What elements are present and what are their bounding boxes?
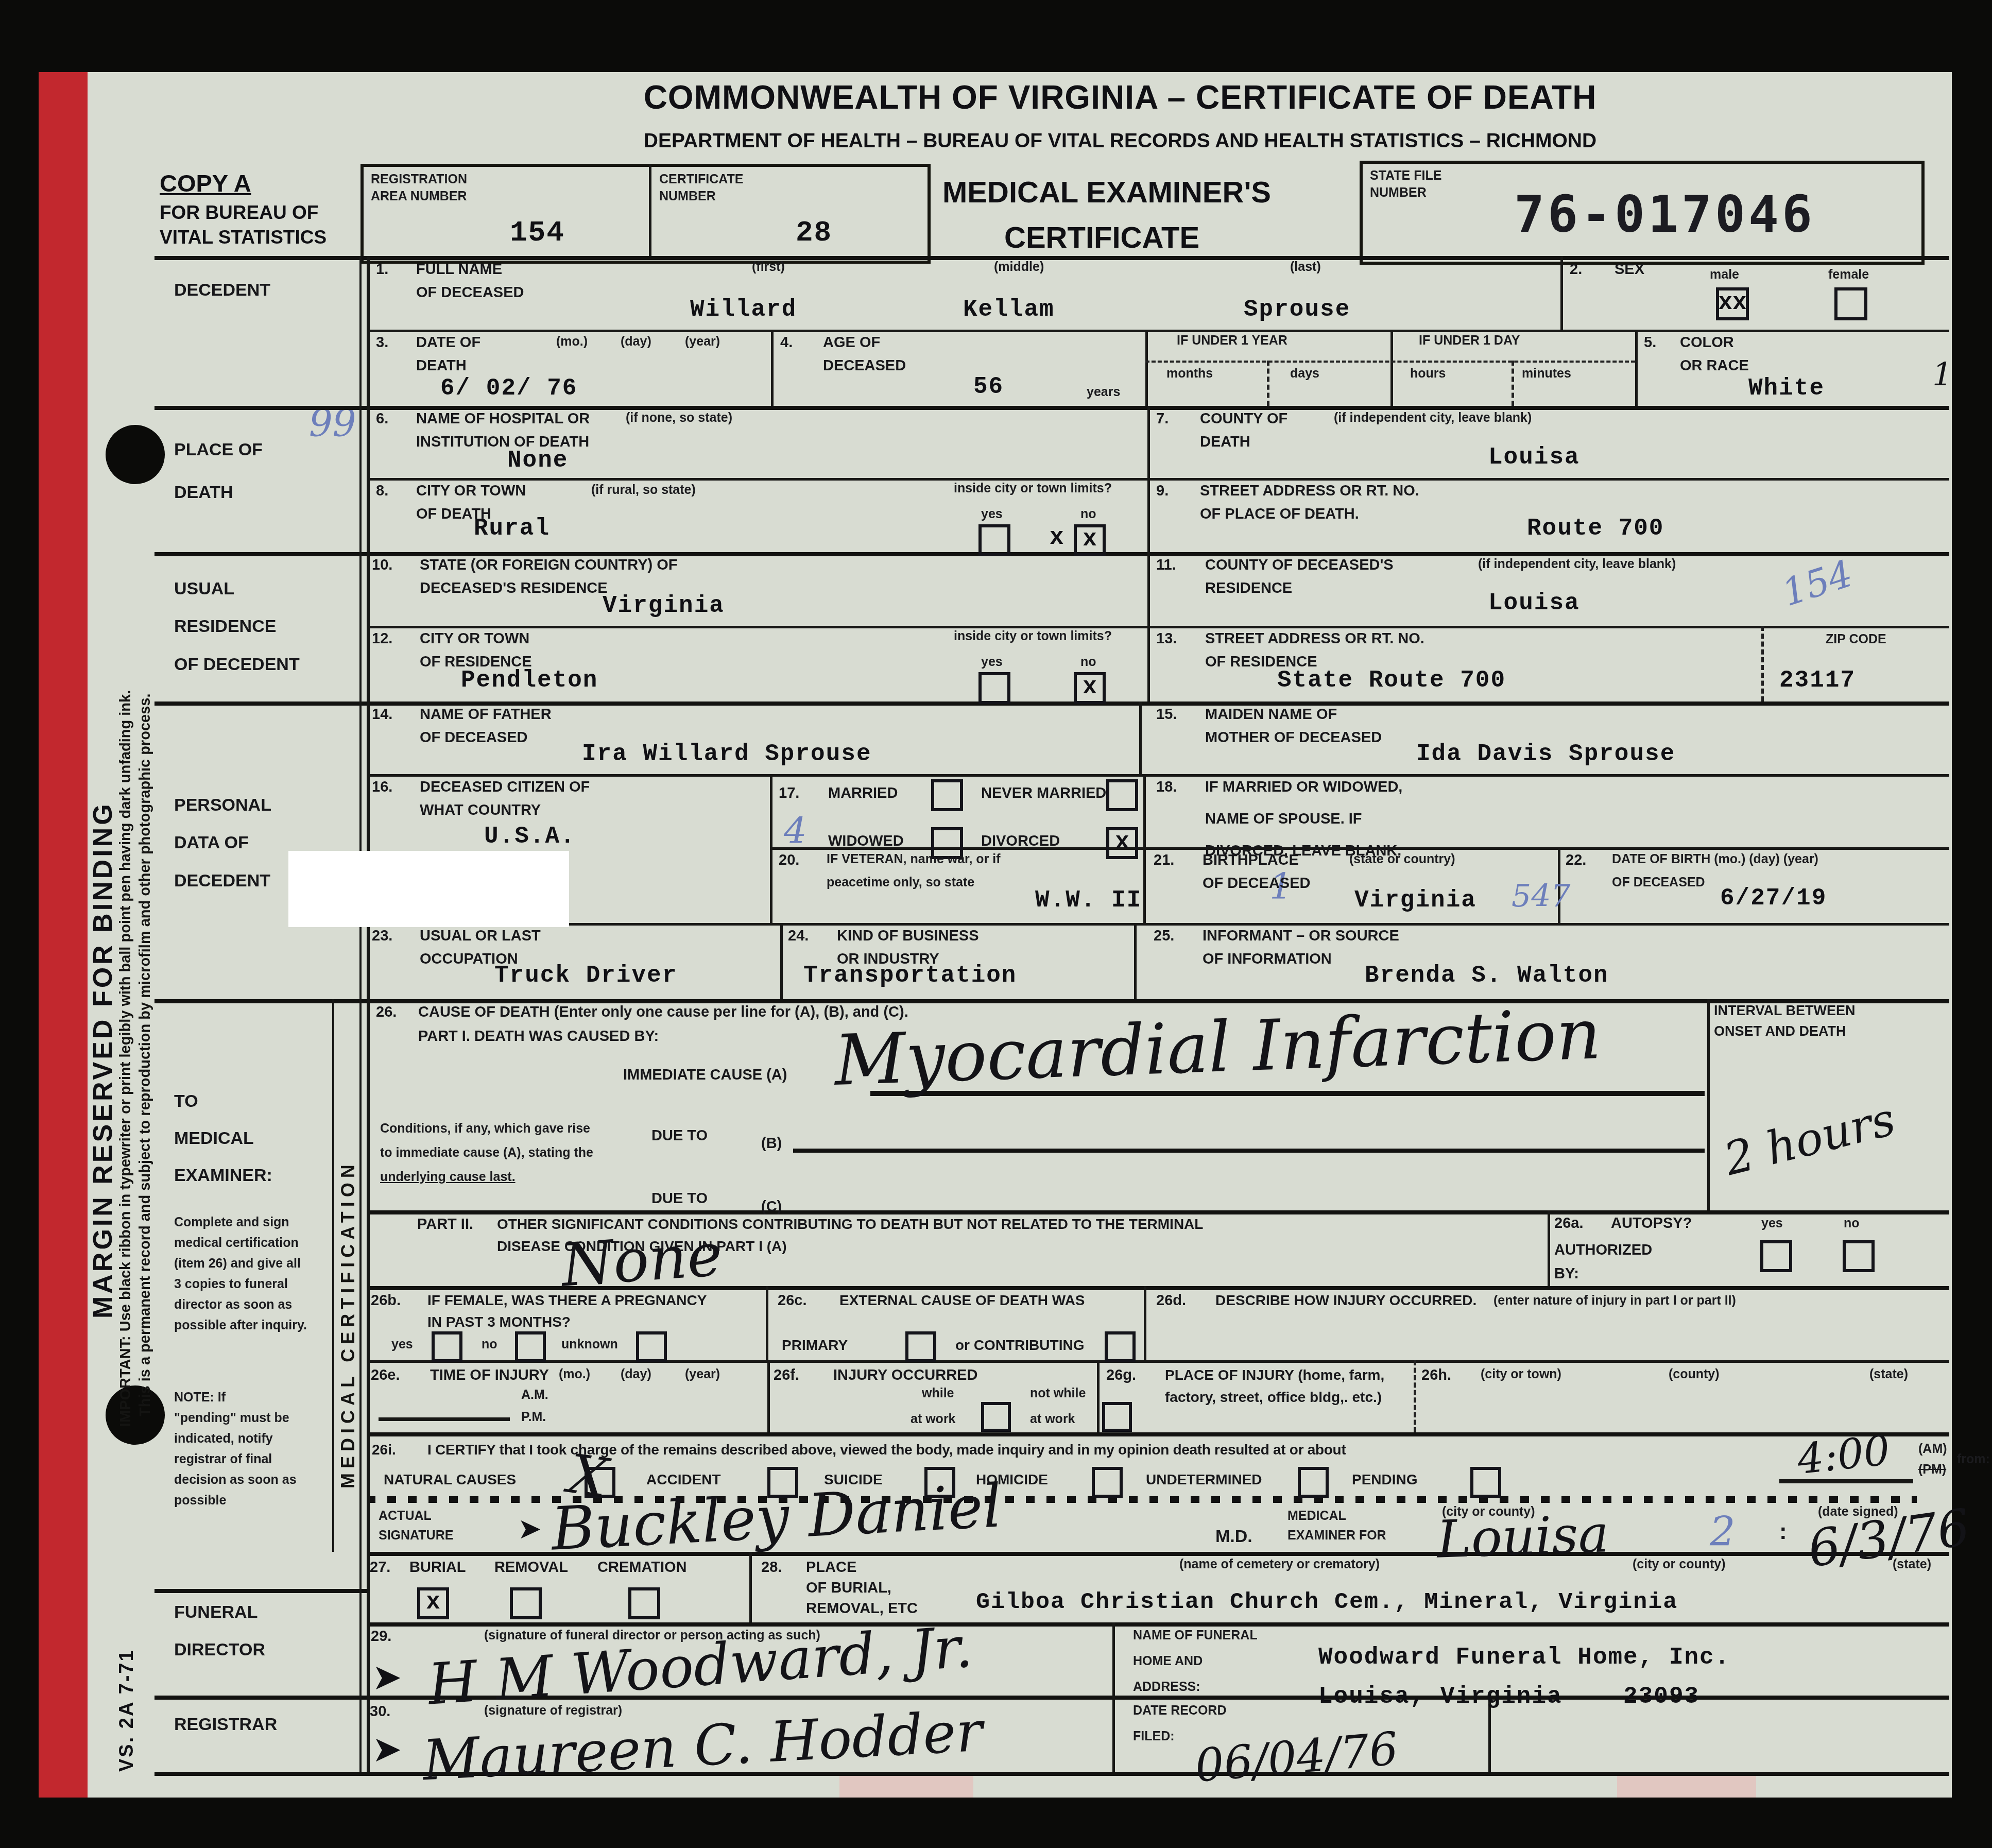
field8-label: CITY OR TOWN <box>416 483 526 500</box>
field21-number: 21. <box>1154 852 1174 869</box>
field13-zip-label: ZIP CODE <box>1826 632 1886 647</box>
line-c-label: (C) <box>761 1199 782 1216</box>
field24-value: Transportation <box>803 962 1017 989</box>
field3-day-hint: (day) <box>621 335 651 349</box>
certificate-number-label: CERTIFICATE <box>659 173 743 187</box>
field28-state-hint: (state) <box>1893 1558 1931 1572</box>
field11-hint: (if independent city, leave blank) <box>1478 557 1676 572</box>
field5-number: 5. <box>1644 335 1656 351</box>
field17-married-label: MARRIED <box>828 785 898 802</box>
field9-label2: OF PLACE OF DEATH. <box>1200 506 1359 523</box>
field8-limits-question: inside city or town limits? <box>954 482 1112 496</box>
field26b-unknown-label: unknown <box>561 1338 618 1352</box>
field24-label: KIND OF BUSINESS <box>837 928 979 945</box>
field7-value: Louisa <box>1488 444 1580 471</box>
field13-value: State Route 700 <box>1277 667 1506 694</box>
field6-label: NAME OF HOSPITAL OR <box>416 411 590 427</box>
section-to-me3: EXAMINER: <box>174 1166 272 1185</box>
field12-number: 12. <box>372 631 392 647</box>
under1year-days: days <box>1290 367 1319 381</box>
field22-label2: OF DECEASED <box>1612 876 1705 890</box>
section-usual2: RESIDENCE <box>174 617 276 636</box>
field28-label3: REMOVAL, ETC <box>806 1601 918 1617</box>
field2-female-checkbox <box>1834 287 1867 320</box>
field28-number: 28. <box>761 1560 782 1576</box>
field1-label2: OF DECEASED <box>416 285 524 301</box>
under1day-hours: hours <box>1410 367 1446 381</box>
field10-number: 10. <box>372 557 392 574</box>
field1-last-value: Sprouse <box>1244 296 1350 323</box>
to-me-note3: (item 26) and give all <box>174 1257 301 1271</box>
section-funeral2: DIRECTOR <box>174 1640 265 1659</box>
field13-number: 13. <box>1156 631 1177 647</box>
field26i-certify-text: I CERTIFY that I took charge of the rema… <box>427 1442 1346 1458</box>
field9-value: Route 700 <box>1527 515 1664 542</box>
pending-note5: decision as soon as <box>174 1473 297 1487</box>
me-for-label1: MEDICAL <box>1287 1509 1346 1524</box>
copy-a-line3: VITAL STATISTICS <box>160 227 327 248</box>
field5-label2: OR RACE <box>1680 358 1749 374</box>
field1-first-value: Willard <box>690 296 797 323</box>
conditions-note1: Conditions, if any, which gave rise <box>380 1122 590 1136</box>
me-certificate-title1: MEDICAL EXAMINER'S <box>942 175 1271 210</box>
field26-label: CAUSE OF DEATH (Enter only one cause per… <box>418 1004 908 1021</box>
field3-number: 3. <box>376 335 388 351</box>
field29-number: 29. <box>371 1629 391 1645</box>
field26h-county-hint: (county) <box>1669 1367 1720 1382</box>
field26e-label: TIME OF INJURY <box>430 1367 549 1384</box>
field26f-atwork-label: at work <box>911 1412 956 1427</box>
field20-number: 20. <box>779 852 799 869</box>
field8-no-label: no <box>1080 507 1096 522</box>
field10-label2: DECEASED'S RESIDENCE <box>420 580 608 597</box>
part2-number: PART II. <box>417 1217 473 1233</box>
field8-no-mark: x <box>1083 526 1097 553</box>
arrow-icon: ➤ <box>372 1656 402 1698</box>
field23-value: Truck Driver <box>494 962 677 989</box>
field4-label: AGE OF <box>823 335 880 351</box>
death-certificate-scan: MARGIN RESERVED FOR BINDING IMPORTANT: U… <box>0 0 1992 1848</box>
actual-signature-label1: ACTUAL <box>379 1509 432 1524</box>
field2-number: 2. <box>1570 262 1582 278</box>
field21-label2: OF DECEASED <box>1203 876 1310 892</box>
field10-label: STATE (OR FOREIGN COUNTRY) OF <box>420 557 678 574</box>
field14-label: NAME OF FATHER <box>420 707 552 723</box>
field26g-number: 26g. <box>1106 1367 1136 1384</box>
field7-number: 7. <box>1156 411 1169 427</box>
conditions-note2: to immediate cause (A), stating the <box>380 1146 593 1160</box>
to-me-note6: possible after inquiry. <box>174 1319 307 1333</box>
section-usual3: OF DECEDENT <box>174 655 300 674</box>
field24-number: 24. <box>788 928 809 945</box>
field1-label: FULL NAME <box>416 262 502 278</box>
field6-number: 6. <box>376 411 388 427</box>
field21-handwritten-547: 547 <box>1512 878 1571 914</box>
field27-number: 27. <box>370 1560 390 1576</box>
section-medical-certification: MEDICAL CERTIFICATION <box>337 1160 359 1488</box>
field2-male-checkbox: xx <box>1716 287 1749 320</box>
copy-a-label: COPY A <box>160 169 251 197</box>
field26a-yes-label: yes <box>1761 1217 1783 1231</box>
field26f-label: INJURY OCCURRED <box>833 1367 977 1384</box>
field2-male-mark: xx <box>1718 289 1746 316</box>
actual-signature-label2: SIGNATURE <box>379 1529 453 1543</box>
section-funeral1: FUNERAL <box>174 1603 257 1622</box>
field26f-atwork2-label: at work <box>1030 1412 1075 1427</box>
field6-value: None <box>507 447 568 474</box>
due-to-b-label: DUE TO <box>651 1128 708 1144</box>
field27-burial-checkbox: x <box>417 1587 449 1619</box>
field26i-from-label: from: <box>1957 1452 1990 1467</box>
field12-limits-question: inside city or town limits? <box>954 629 1112 644</box>
field3-label: DATE OF <box>416 335 480 351</box>
field26-number: 26. <box>376 1004 397 1021</box>
field26b-unknown-checkbox <box>636 1331 667 1362</box>
field27-removal-label: REMOVAL <box>494 1560 568 1576</box>
field26b-label2: IN PAST 3 MONTHS? <box>427 1314 571 1330</box>
field26c-label: EXTERNAL CAUSE OF DEATH WAS <box>839 1293 1085 1309</box>
field28-city-hint: (city or county) <box>1633 1558 1726 1572</box>
under1year-months: months <box>1166 367 1213 381</box>
field27-cremation-label: CREMATION <box>597 1560 686 1576</box>
field26a-by-label: BY: <box>1554 1266 1579 1282</box>
field26f-notwhile-checkbox <box>1102 1402 1132 1432</box>
field1-middle-hint: (middle) <box>994 260 1044 275</box>
section-personal2: DATA OF <box>174 833 249 852</box>
field23-label: USUAL OR LAST <box>420 928 541 945</box>
copy-a-line2: FOR BUREAU OF <box>160 202 318 224</box>
field26e-pm-label: P.M. <box>521 1410 546 1425</box>
field4-years-label: years <box>1087 385 1120 400</box>
field13-zip-value: 23117 <box>1779 667 1856 694</box>
field11-label: COUNTY OF DECEASED'S <box>1205 557 1394 574</box>
field26b-label1: IF FEMALE, WAS THERE A PREGNANCY <box>427 1293 707 1309</box>
form-code: VS. 2A 7-71 <box>116 1649 138 1772</box>
section-place-of-death1: PLACE OF <box>174 440 263 459</box>
manner-homicide-checkbox <box>1092 1467 1123 1498</box>
under1year-title: IF UNDER 1 YEAR <box>1177 334 1287 348</box>
field1-middle-value: Kellam <box>963 296 1055 323</box>
field26b-no-checkbox <box>515 1331 546 1362</box>
field26b-yes-checkbox <box>432 1331 462 1362</box>
funeral-home-label1: NAME OF FUNERAL <box>1133 1629 1258 1643</box>
field21-label: BIRTHPLACE <box>1203 852 1299 869</box>
field26d-label: DESCRIBE HOW INJURY OCCURRED. <box>1215 1293 1476 1309</box>
field26f-while-checkbox <box>981 1402 1011 1432</box>
field27-burial-mark: x <box>426 1589 440 1616</box>
pending-note6: possible <box>174 1494 226 1508</box>
binding-stripe <box>39 72 88 1798</box>
field5-label: COLOR <box>1680 335 1734 351</box>
field28-label1: PLACE <box>806 1560 856 1576</box>
field16-label: DECEASED CITIZEN OF <box>420 779 590 796</box>
field4-number: 4. <box>780 335 793 351</box>
funeral-home-name: Woodward Funeral Home, Inc. <box>1318 1644 1730 1671</box>
manner-undetermined-label: UNDETERMINED <box>1146 1472 1262 1488</box>
pending-note1: NOTE: If <box>174 1391 226 1405</box>
field9-number: 9. <box>1156 483 1169 500</box>
field15-value: Ida Davis Sprouse <box>1416 741 1675 767</box>
field28-value: Gilboa Christian Church Cem., Mineral, V… <box>976 1589 1678 1615</box>
red-stamp <box>1617 1773 1756 1798</box>
section-decedent: DECEDENT <box>174 281 270 300</box>
field25-label2: OF INFORMATION <box>1203 951 1332 968</box>
field6-hint: (if none, so state) <box>626 411 732 425</box>
pending-note4: registrar of final <box>174 1452 272 1467</box>
field26e-year-hint: (year) <box>685 1367 720 1382</box>
field7-hint: (if independent city, leave blank) <box>1334 411 1532 425</box>
field26f-notwhile-label: not while <box>1030 1387 1086 1401</box>
to-me-note2: medical certification <box>174 1236 299 1251</box>
field17-widowed-label: WIDOWED <box>828 833 904 850</box>
manner-natural-label: NATURAL CAUSES <box>384 1472 516 1488</box>
manner-undetermined-checkbox <box>1298 1467 1329 1498</box>
field12-value: Pendleton <box>461 667 598 694</box>
field20-label: IF VETERAN, name war, or if <box>827 852 1001 867</box>
registration-area-value: 154 <box>510 216 565 249</box>
field18-label2: NAME OF SPOUSE. IF <box>1205 811 1362 828</box>
under1day-title: IF UNDER 1 DAY <box>1419 334 1520 348</box>
field11-value: Louisa <box>1488 590 1580 617</box>
redaction-box <box>288 851 569 927</box>
field7-label: COUNTY OF <box>1200 411 1287 427</box>
field1-number: 1. <box>376 262 388 278</box>
field26i-time-handwritten: 4:00 <box>1795 1426 1892 1483</box>
field26c-primary-label: PRIMARY <box>782 1338 848 1354</box>
field26a-no-checkbox <box>1843 1240 1875 1272</box>
field25-value: Brenda S. Walton <box>1365 962 1609 989</box>
registration-area-label2: AREA NUMBER <box>371 190 467 204</box>
pending-note3: indicated, notify <box>174 1432 273 1446</box>
line-b-label: (B) <box>761 1136 782 1152</box>
field11-label2: RESIDENCE <box>1205 580 1292 597</box>
field17-handwritten-4: 4 <box>784 810 807 852</box>
date-filed-label2: FILED: <box>1133 1730 1175 1744</box>
field17-never-married-checkbox <box>1106 779 1138 811</box>
field27-cremation-checkbox <box>628 1587 660 1619</box>
field12-no-mark: x <box>1083 674 1097 700</box>
field5-value: White <box>1748 375 1825 402</box>
punch-hole <box>106 1385 165 1445</box>
field3-year-hint: (year) <box>685 335 720 349</box>
punch-hole <box>106 425 165 484</box>
field26b-yes-label: yes <box>391 1338 413 1352</box>
field26c-contributing-checkbox <box>1105 1331 1136 1362</box>
field26c-contributing-label: or CONTRIBUTING <box>955 1338 1084 1354</box>
part2-handwritten-none: None <box>559 1220 725 1300</box>
field26h-city-hint: (city or town) <box>1481 1367 1561 1382</box>
field26d-number: 26d. <box>1156 1293 1186 1309</box>
field26c-number: 26c. <box>778 1293 806 1309</box>
arrow-icon: ➤ <box>372 1728 402 1770</box>
field26g-label1: PLACE OF INJURY (home, farm, <box>1165 1367 1384 1383</box>
section-personal3: DECEDENT <box>174 871 270 891</box>
field15-label: MAIDEN NAME OF <box>1205 707 1337 723</box>
field16-value: U.S.A. <box>484 823 576 850</box>
field15-number: 15. <box>1156 707 1177 723</box>
field7-label2: DEATH <box>1200 434 1250 451</box>
field26e-am-label: A.M. <box>521 1388 548 1402</box>
field21-value: Virginia <box>1354 887 1476 914</box>
manner-pending-label: PENDING <box>1352 1472 1418 1488</box>
field26h-state-hint: (state) <box>1869 1367 1908 1382</box>
field20-value: W.W. II <box>1035 887 1142 914</box>
date-filed-label1: DATE RECORD <box>1133 1704 1226 1718</box>
field12-yes-checkbox <box>978 672 1010 704</box>
field16-number: 16. <box>372 779 392 796</box>
field12-no-checkbox: x <box>1074 672 1106 704</box>
state-file-label: STATE FILE <box>1370 169 1441 183</box>
field14-value: Ira Willard Sprouse <box>582 741 872 767</box>
under1day-minutes: minutes <box>1522 367 1571 381</box>
conditions-note3: underlying cause last. <box>380 1170 516 1185</box>
field17-divorced-label: DIVORCED <box>981 833 1060 850</box>
me-for-label2: EXAMINER FOR <box>1287 1529 1386 1543</box>
field17-never-married-label: NEVER MARRIED <box>981 785 1106 802</box>
field26a-label: AUTOPSY? <box>1611 1216 1692 1232</box>
margin-important-line2: This is a permanent record and subject t… <box>137 694 154 1417</box>
field28-cemetery-hint: (name of cemetery or crematory) <box>1179 1558 1380 1572</box>
field26c-primary-checkbox <box>905 1331 936 1362</box>
section-personal1: PERSONAL <box>174 796 271 815</box>
field23-number: 23. <box>372 928 392 945</box>
field8-number: 8. <box>376 483 388 500</box>
field26d-hint: (enter nature of injury in part I or par… <box>1493 1294 1736 1308</box>
field28-label2: OF BURIAL, <box>806 1580 891 1597</box>
field4-label2: DECEASED <box>823 358 906 374</box>
field8-hint: (if rural, so state) <box>591 483 696 498</box>
field11-number: 11. <box>1156 557 1176 574</box>
to-me-note4: 3 copies to funeral <box>174 1277 288 1292</box>
pending-note2: "pending" must be <box>174 1411 289 1426</box>
section-place-of-death2: DEATH <box>174 483 233 502</box>
to-me-note5: director as soon as <box>174 1298 292 1312</box>
field17-number: 17. <box>779 785 799 802</box>
field30-number: 30. <box>370 1704 390 1720</box>
field26a-yes-checkbox <box>1760 1240 1792 1272</box>
field8-no-premark: x <box>1050 524 1065 551</box>
field20-label2: peacetime only, so state <box>827 876 974 890</box>
field30-hint: (signature of registrar) <box>484 1704 622 1718</box>
field3-mo-hint: (mo.) <box>556 335 588 349</box>
field17-divorced-mark: x <box>1115 829 1129 855</box>
registration-area-label: REGISTRATION <box>371 173 467 187</box>
field26i-pm-label: (PM) <box>1918 1463 1946 1477</box>
field17-married-checkbox <box>931 779 963 811</box>
arrow-icon: ➤ <box>518 1512 542 1546</box>
field18-label: IF MARRIED OR WIDOWED, <box>1205 779 1402 796</box>
field26g-label2: factory, street, office bldg,. etc.) <box>1165 1390 1382 1406</box>
field26a-number: 26a. <box>1554 1216 1583 1232</box>
field10-value: Virginia <box>603 592 725 619</box>
field27-burial-label: BURIAL <box>409 1560 466 1576</box>
field2-female-label: female <box>1828 268 1869 282</box>
red-stamp <box>839 1773 973 1798</box>
certificate-number-label2: NUMBER <box>659 190 716 204</box>
interval-label2: ONSET AND DEATH <box>1714 1024 1846 1039</box>
field13-label: STREET ADDRESS OR RT. NO. <box>1205 631 1424 647</box>
field26a-authorized-label: AUTHORIZED <box>1554 1242 1652 1259</box>
field8-yes-label: yes <box>981 507 1003 522</box>
me-certificate-title2: CERTIFICATE <box>1004 220 1199 255</box>
field25-label: INFORMANT – OR SOURCE <box>1203 928 1399 945</box>
section-registrar: REGISTRAR <box>174 1715 277 1734</box>
field26i-number: 26i. <box>372 1442 396 1458</box>
to-me-note1: Complete and sign <box>174 1216 289 1230</box>
margin-important-line1: IMPORTANT: Use black ribbon in typewrite… <box>117 690 134 1427</box>
field12-no-label: no <box>1080 655 1096 670</box>
field9-label: STREET ADDRESS OR RT. NO. <box>1200 483 1419 500</box>
section-to-me1: TO <box>174 1092 198 1111</box>
field8-no-checkbox: x <box>1074 524 1106 556</box>
field16-label2: WHAT COUNTRY <box>420 802 541 819</box>
section-usual1: USUAL <box>174 579 234 598</box>
colon-mark: : <box>1779 1519 1787 1544</box>
field3-label2: DEATH <box>416 358 467 374</box>
field26a-no-label: no <box>1844 1217 1860 1231</box>
margin-binding-text: MARGIN RESERVED FOR BINDING <box>88 801 118 1319</box>
field26e-mo-hint: (mo.) <box>559 1367 590 1382</box>
state-file-value: 76-017046 <box>1514 185 1815 244</box>
field5-pen-mark: 1 <box>1932 355 1952 393</box>
field12-label: CITY OR TOWN <box>420 631 529 647</box>
field8-value: Rural <box>474 515 550 542</box>
field1-last-hint: (last) <box>1290 260 1321 275</box>
field3-value: 6/ 02/ 76 <box>440 375 577 402</box>
field26e-day-hint: (day) <box>621 1367 651 1382</box>
document-title: COMMONWEALTH OF VIRGINIA – CERTIFICATE O… <box>605 78 1635 116</box>
field18-number: 18. <box>1156 779 1177 796</box>
field25-number: 25. <box>1154 928 1174 945</box>
handwritten-blue-2: 2 <box>1710 1509 1736 1555</box>
manner-pending-checkbox <box>1470 1467 1501 1498</box>
state-file-label2: NUMBER <box>1370 186 1427 200</box>
field26i-am-label: (AM) <box>1918 1442 1947 1457</box>
md-label: M.D. <box>1215 1527 1252 1546</box>
field17-divorced-checkbox: x <box>1106 827 1138 859</box>
field2-label: SEX <box>1615 262 1644 278</box>
field22-number: 22. <box>1566 852 1586 869</box>
field14-number: 14. <box>372 707 392 723</box>
me-county-handwritten: Louisa <box>1436 1503 1610 1570</box>
field26-part1-label: PART I. DEATH WAS CAUSED BY: <box>418 1029 659 1045</box>
field27-removal-checkbox <box>510 1587 542 1619</box>
field22-label: DATE OF BIRTH (mo.) (day) (year) <box>1612 852 1818 867</box>
field2-male-label: male <box>1710 268 1739 282</box>
funeral-home-address: Louisa, Virginia 23093 <box>1318 1683 1699 1710</box>
section-to-me2: MEDICAL <box>174 1129 254 1148</box>
manner-accident-label: ACCIDENT <box>646 1472 721 1488</box>
field26f-while-label: while <box>922 1387 954 1401</box>
field26e-number: 26e. <box>371 1367 400 1384</box>
field26b-no-label: no <box>482 1338 497 1352</box>
interval-label1: INTERVAL BETWEEN <box>1714 1003 1856 1019</box>
field8-yes-checkbox <box>978 524 1010 556</box>
field26h-number: 26h. <box>1421 1367 1451 1384</box>
funeral-home-label2: HOME AND <box>1133 1654 1203 1669</box>
field4-value: 56 <box>973 373 1004 400</box>
field14-label2: OF DECEASED <box>420 730 527 746</box>
field12-yes-label: yes <box>981 655 1003 670</box>
field1-first-hint: (first) <box>752 260 785 275</box>
field21-hint: (state or country) <box>1349 852 1455 867</box>
funeral-home-label3: ADDRESS: <box>1133 1680 1200 1695</box>
field26b-number: 26b. <box>371 1293 401 1309</box>
immediate-cause-label: IMMEDIATE CAUSE (A) <box>623 1067 787 1084</box>
field22-value: 6/27/19 <box>1720 885 1827 912</box>
field15-label2: MOTHER OF DECEASED <box>1205 730 1382 746</box>
field26f-number: 26f. <box>774 1367 799 1384</box>
